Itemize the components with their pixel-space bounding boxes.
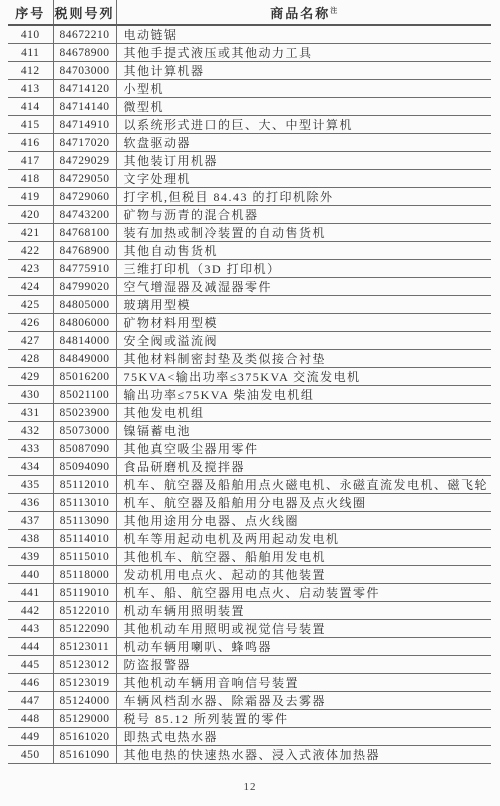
table-row: 42584805000玻璃用型模 [8, 296, 491, 314]
row-code-cell: 85087090 [53, 440, 116, 458]
row-seq-cell: 431 [8, 404, 53, 422]
table-row: 41084672210电动链锯 [8, 25, 491, 44]
table-row: 43085021100输出功率≤75KVA 柴油发电机组 [8, 386, 491, 404]
row-name-cell: 装有加热或制冷装置的自动售货机 [116, 224, 491, 242]
table-row: 41284703000其他计算机器 [8, 62, 491, 80]
table-row: 42084743200矿物与沥青的混合机器 [8, 206, 491, 224]
header-note-superscript: 注 [330, 6, 337, 14]
row-name-cell: 输出功率≤75KVA 柴油发电机组 [116, 386, 491, 404]
document-page: 序号 税则号列 商品名称注 41084672210电动链锯41184678900… [0, 0, 500, 806]
row-name-cell: 软盘驱动器 [116, 134, 491, 152]
row-name-cell: 机动车辆用照明装置 [116, 602, 491, 620]
table-row: 43785113090其他用途用分电器、点火线圈 [8, 512, 491, 530]
row-code-cell: 85123012 [53, 656, 116, 674]
row-code-cell: 84768100 [53, 224, 116, 242]
row-seq-cell: 450 [8, 746, 53, 764]
row-code-cell: 84768900 [53, 242, 116, 260]
table-row: 41784729029其他装订用机器 [8, 152, 491, 170]
table-row: 43285073000镍镉蓄电池 [8, 422, 491, 440]
row-code-cell: 85112010 [53, 476, 116, 494]
row-seq-cell: 433 [8, 440, 53, 458]
row-name-cell: 其他电热的快速热水器、浸入式液体加热器 [116, 746, 491, 764]
column-header-seq: 序号 [8, 0, 53, 25]
row-seq-cell: 413 [8, 80, 53, 98]
row-code-cell: 85124000 [53, 692, 116, 710]
row-code-cell: 84717020 [53, 134, 116, 152]
row-name-cell: 其他计算机器 [116, 62, 491, 80]
row-code-cell: 85094090 [53, 458, 116, 476]
row-seq-cell: 422 [8, 242, 53, 260]
row-code-cell: 84775910 [53, 260, 116, 278]
row-name-cell: 机车、航空器及船舶用点火磁电机、永磁直流发电机、磁飞轮 [116, 476, 491, 494]
table-row: 4298501620075KVA<输出功率≤375KVA 交流发电机 [8, 368, 491, 386]
row-seq-cell: 416 [8, 134, 53, 152]
row-code-cell: 85123011 [53, 638, 116, 656]
row-name-cell: 小型机 [116, 80, 491, 98]
table-row: 44285122010机动车辆用照明装置 [8, 602, 491, 620]
row-code-cell: 84729029 [53, 152, 116, 170]
row-name-cell: 电动链锯 [116, 25, 491, 44]
row-seq-cell: 420 [8, 206, 53, 224]
row-seq-cell: 442 [8, 602, 53, 620]
row-seq-cell: 428 [8, 350, 53, 368]
table-row: 42884849000其他材料制密封垫及类似接合衬垫 [8, 350, 491, 368]
row-name-cell: 防盗报警器 [116, 656, 491, 674]
row-seq-cell: 446 [8, 674, 53, 692]
row-code-cell: 85016200 [53, 368, 116, 386]
table-row: 44685123019其他机动车辆用音响信号装置 [8, 674, 491, 692]
table-row: 45085161090其他电热的快速热水器、浸入式液体加热器 [8, 746, 491, 764]
row-code-cell: 85122090 [53, 620, 116, 638]
table-row: 42284768900其他自动售货机 [8, 242, 491, 260]
row-name-cell: 三维打印机（3D 打印机） [116, 260, 491, 278]
tariff-table: 序号 税则号列 商品名称注 41084672210电动链锯41184678900… [8, 0, 491, 764]
row-code-cell: 85118000 [53, 566, 116, 584]
row-name-cell: 发动机用电点火、起动的其他装置 [116, 566, 491, 584]
row-seq-cell: 432 [8, 422, 53, 440]
table-row: 44585123012防盗报警器 [8, 656, 491, 674]
table-row: 43985115010其他机车、航空器、船舶用发电机 [8, 548, 491, 566]
row-code-cell: 84799020 [53, 278, 116, 296]
row-name-cell: 食品研磨机及搅拌器 [116, 458, 491, 476]
table-row: 42784814000安全阀或溢流阀 [8, 332, 491, 350]
table-row: 44185119010机车、船、航空器用电点火、启动装置零件 [8, 584, 491, 602]
row-seq-cell: 427 [8, 332, 53, 350]
table-row: 41584714910以系统形式进口的巨、大、中型计算机 [8, 116, 491, 134]
row-code-cell: 85023900 [53, 404, 116, 422]
row-name-cell: 微型机 [116, 98, 491, 116]
row-code-cell: 84805000 [53, 296, 116, 314]
row-code-cell: 85123019 [53, 674, 116, 692]
row-code-cell: 85113010 [53, 494, 116, 512]
table-row: 42184768100装有加热或制冷装置的自动售货机 [8, 224, 491, 242]
row-seq-cell: 410 [8, 25, 53, 44]
table-row: 43685113010机车、航空器及船舶用分电器及点火线圈 [8, 494, 491, 512]
row-seq-cell: 434 [8, 458, 53, 476]
row-seq-cell: 415 [8, 116, 53, 134]
table-row: 41684717020软盘驱动器 [8, 134, 491, 152]
row-code-cell: 85161020 [53, 728, 116, 746]
row-seq-cell: 421 [8, 224, 53, 242]
row-seq-cell: 444 [8, 638, 53, 656]
table-row: 43585112010机车、航空器及船舶用点火磁电机、永磁直流发电机、磁飞轮 [8, 476, 491, 494]
row-code-cell: 84678900 [53, 44, 116, 62]
row-code-cell: 84729060 [53, 188, 116, 206]
row-name-cell: 文字处理机 [116, 170, 491, 188]
row-seq-cell: 441 [8, 584, 53, 602]
table-row: 41884729050文字处理机 [8, 170, 491, 188]
table-row: 43885114010机车等用起动电机及两用起动发电机 [8, 530, 491, 548]
row-code-cell: 85021100 [53, 386, 116, 404]
row-name-cell: 机车等用起动电机及两用起动发电机 [116, 530, 491, 548]
row-code-cell: 85115010 [53, 548, 116, 566]
row-name-cell: 即热式电热水器 [116, 728, 491, 746]
row-name-cell: 其他用途用分电器、点火线圈 [116, 512, 491, 530]
row-seq-cell: 436 [8, 494, 53, 512]
row-code-cell: 85119010 [53, 584, 116, 602]
table-row: 44085118000发动机用电点火、起动的其他装置 [8, 566, 491, 584]
row-seq-cell: 439 [8, 548, 53, 566]
row-seq-cell: 435 [8, 476, 53, 494]
table-body: 41084672210电动链锯41184678900其他手提式液压或其他动力工具… [8, 25, 491, 764]
table-row: 44885129000税号 85.12 所列装置的零件 [8, 710, 491, 728]
column-header-name-label: 商品名称 [270, 6, 330, 21]
row-code-cell: 85161090 [53, 746, 116, 764]
row-code-cell: 84729050 [53, 170, 116, 188]
row-name-cell: 其他真空吸尘器用零件 [116, 440, 491, 458]
row-seq-cell: 414 [8, 98, 53, 116]
row-seq-cell: 412 [8, 62, 53, 80]
row-name-cell: 安全阀或溢流阀 [116, 332, 491, 350]
table-row: 41384714120小型机 [8, 80, 491, 98]
row-name-cell: 其他材料制密封垫及类似接合衬垫 [116, 350, 491, 368]
row-seq-cell: 424 [8, 278, 53, 296]
row-name-cell: 矿物材料用型模 [116, 314, 491, 332]
row-code-cell: 84714120 [53, 80, 116, 98]
row-name-cell: 镍镉蓄电池 [116, 422, 491, 440]
row-seq-cell: 426 [8, 314, 53, 332]
row-code-cell: 84806000 [53, 314, 116, 332]
row-name-cell: 其他手提式液压或其他动力工具 [116, 44, 491, 62]
row-seq-cell: 418 [8, 170, 53, 188]
row-name-cell: 75KVA<输出功率≤375KVA 交流发电机 [116, 368, 491, 386]
row-name-cell: 以系统形式进口的巨、大、中型计算机 [116, 116, 491, 134]
row-name-cell: 其他机动车辆用音响信号装置 [116, 674, 491, 692]
row-code-cell: 85073000 [53, 422, 116, 440]
table-row: 42684806000矿物材料用型模 [8, 314, 491, 332]
table-row: 41184678900其他手提式液压或其他动力工具 [8, 44, 491, 62]
table-row: 41484714140微型机 [8, 98, 491, 116]
row-code-cell: 85113090 [53, 512, 116, 530]
row-name-cell: 其他机动车用照明或视觉信号装置 [116, 620, 491, 638]
row-seq-cell: 449 [8, 728, 53, 746]
row-name-cell: 机动车辆用喇叭、蜂鸣器 [116, 638, 491, 656]
row-name-cell: 机车、航空器及船舶用分电器及点火线圈 [116, 494, 491, 512]
row-code-cell: 85122010 [53, 602, 116, 620]
row-seq-cell: 445 [8, 656, 53, 674]
row-seq-cell: 430 [8, 386, 53, 404]
row-name-cell: 其他发电机组 [116, 404, 491, 422]
row-code-cell: 84672210 [53, 25, 116, 44]
row-code-cell: 84714910 [53, 116, 116, 134]
row-seq-cell: 425 [8, 296, 53, 314]
table-row: 43485094090食品研磨机及搅拌器 [8, 458, 491, 476]
row-name-cell: 其他装订用机器 [116, 152, 491, 170]
row-name-cell: 车辆风档刮水器、除霜器及去雾器 [116, 692, 491, 710]
table-header: 序号 税则号列 商品名称注 [8, 0, 491, 25]
row-name-cell: 空气增湿器及减湿器零件 [116, 278, 491, 296]
row-seq-cell: 447 [8, 692, 53, 710]
row-code-cell: 85129000 [53, 710, 116, 728]
table-row: 44985161020即热式电热水器 [8, 728, 491, 746]
header-row: 序号 税则号列 商品名称注 [8, 0, 491, 25]
row-name-cell: 税号 85.12 所列装置的零件 [116, 710, 491, 728]
row-seq-cell: 411 [8, 44, 53, 62]
row-name-cell: 玻璃用型模 [116, 296, 491, 314]
row-seq-cell: 443 [8, 620, 53, 638]
row-seq-cell: 437 [8, 512, 53, 530]
row-code-cell: 84814000 [53, 332, 116, 350]
table-row: 43385087090其他真空吸尘器用零件 [8, 440, 491, 458]
row-seq-cell: 440 [8, 566, 53, 584]
row-name-cell: 其他机车、航空器、船舶用发电机 [116, 548, 491, 566]
page-number: 12 [0, 781, 500, 793]
row-seq-cell: 423 [8, 260, 53, 278]
table-row: 44485123011机动车辆用喇叭、蜂鸣器 [8, 638, 491, 656]
row-code-cell: 84743200 [53, 206, 116, 224]
column-header-code: 税则号列 [53, 0, 116, 25]
row-name-cell: 其他自动售货机 [116, 242, 491, 260]
row-name-cell: 矿物与沥青的混合机器 [116, 206, 491, 224]
row-code-cell: 85114010 [53, 530, 116, 548]
row-seq-cell: 438 [8, 530, 53, 548]
table-row: 43185023900其他发电机组 [8, 404, 491, 422]
table-row: 42484799020空气增湿器及减湿器零件 [8, 278, 491, 296]
row-seq-cell: 448 [8, 710, 53, 728]
row-code-cell: 84714140 [53, 98, 116, 116]
row-code-cell: 84703000 [53, 62, 116, 80]
table-row: 44785124000车辆风档刮水器、除霜器及去雾器 [8, 692, 491, 710]
row-seq-cell: 419 [8, 188, 53, 206]
row-name-cell: 机车、船、航空器用电点火、启动装置零件 [116, 584, 491, 602]
table-row: 42384775910三维打印机（3D 打印机） [8, 260, 491, 278]
row-seq-cell: 429 [8, 368, 53, 386]
table-row: 44385122090其他机动车用照明或视觉信号装置 [8, 620, 491, 638]
column-header-name: 商品名称注 [116, 0, 491, 25]
row-name-cell: 打字机,但税目 84.43 的打印机除外 [116, 188, 491, 206]
row-code-cell: 84849000 [53, 350, 116, 368]
table-row: 41984729060打字机,但税目 84.43 的打印机除外 [8, 188, 491, 206]
row-seq-cell: 417 [8, 152, 53, 170]
